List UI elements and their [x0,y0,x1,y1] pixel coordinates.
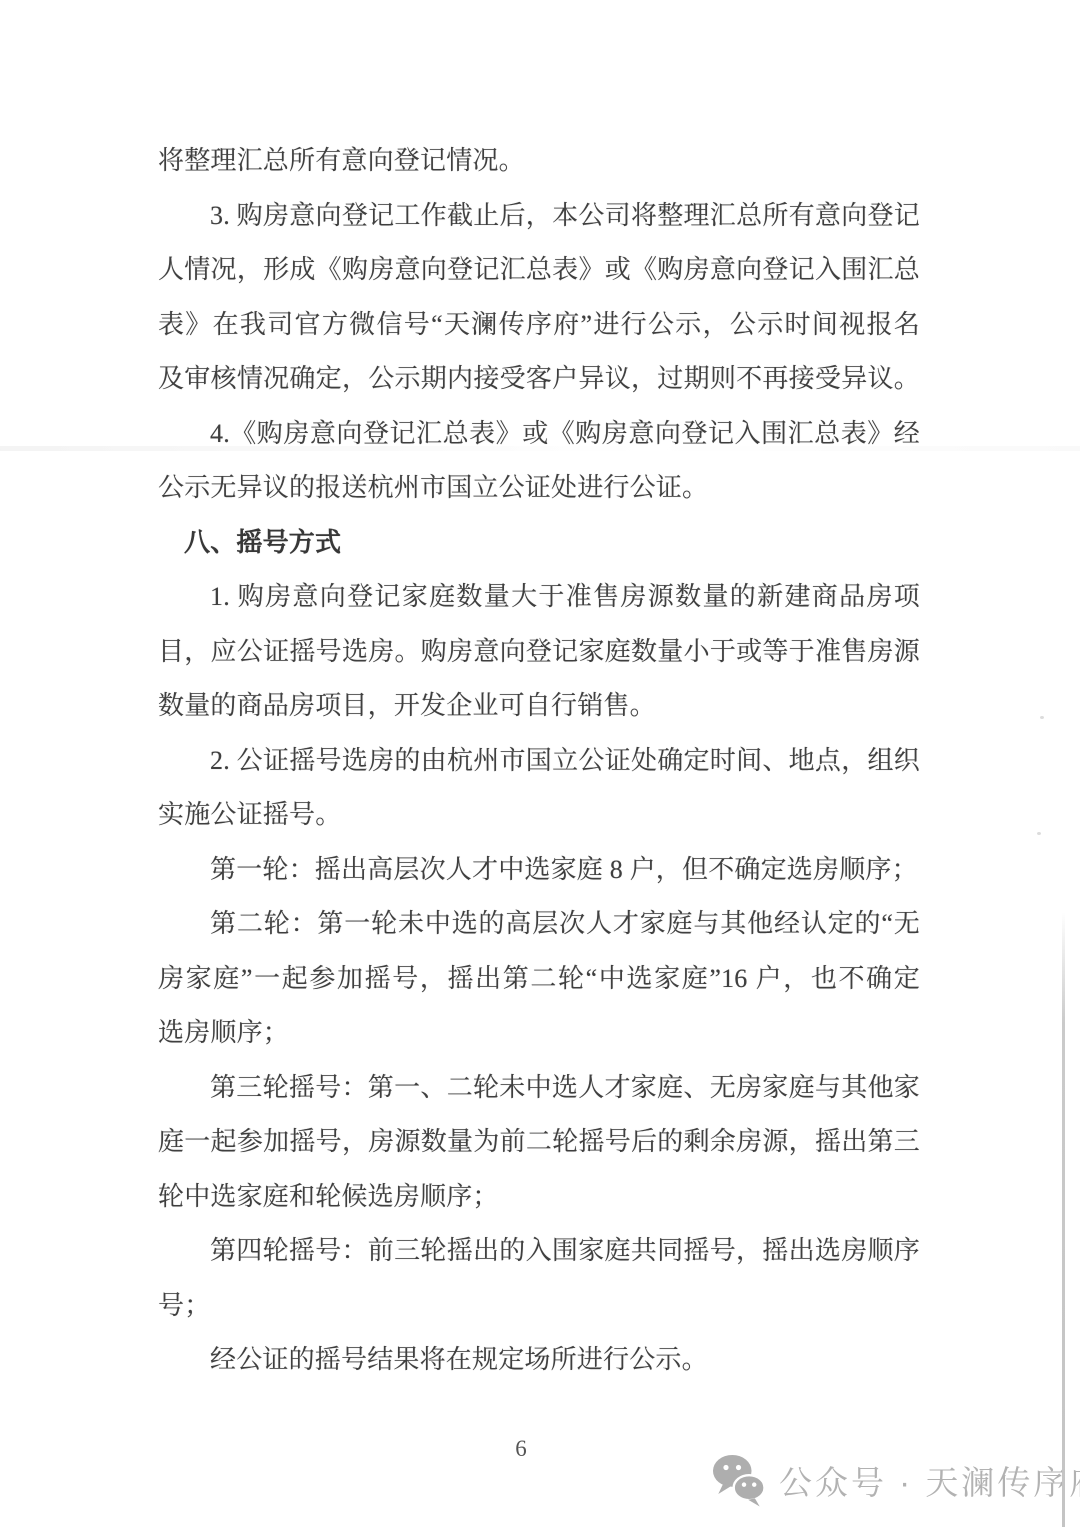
document-line: 表》在我司官方微信号“天澜传序府”进行公示，公示时间视报名 [158,298,920,353]
watermark: 公众号 · 天澜传序府 [712,1454,1080,1507]
scan-artifact-speck [1040,716,1044,719]
document-line: 将整理汇总所有意向登记情况。 [158,134,920,189]
watermark-label: 公众号 · 天澜传序府 [779,1457,1080,1504]
document-line: 经公证的摇号结果将在规定场所进行公示。 [158,1333,920,1388]
document-line: 公示无异议的报送杭州市国立公证处进行公证。 [158,461,920,516]
document-line: 选房顺序； [158,1006,920,1061]
scan-artifact-speck [1037,832,1041,835]
document-line: 数量的商品房项目，开发企业可自行销售。 [158,679,920,734]
document-line: 庭一起参加摇号，房源数量为前二轮摇号后的剩余房源，摇出第三 [158,1115,920,1170]
document-line: 房家庭”一起参加摇号，摇出第二轮“中选家庭”16 户，也不确定 [158,952,920,1007]
document-line: 人情况，形成《购房意向登记汇总表》或《购房意向登记入围汇总 [158,243,920,298]
document-line: 目，应公证摇号选房。购房意向登记家庭数量小于或等于准售房源 [158,625,920,680]
scan-artifact-line [1062,912,1065,1527]
document-line: 第三轮摇号：第一、二轮未中选人才家庭、无房家庭与其他家 [158,1061,920,1116]
document-line: 第四轮摇号：前三轮摇出的入围家庭共同摇号，摇出选房顺序 [158,1224,920,1279]
document-line: 3. 购房意向登记工作截止后，本公司将整理汇总所有意向登记 [158,189,920,244]
document-page: 将整理汇总所有意向登记情况。 3. 购房意向登记工作截止后，本公司将整理汇总所有… [0,0,1080,1527]
document-body: 将整理汇总所有意向登记情况。 3. 购房意向登记工作截止后，本公司将整理汇总所有… [158,134,920,1388]
document-line: 及审核情况确定，公示期内接受客户异议，过期则不再接受异议。 [158,352,920,407]
document-line: 第一轮：摇出高层次人才中选家庭 8 户，但不确定选房顺序； [158,843,920,898]
document-line: 4.《购房意向登记汇总表》或《购房意向登记入围汇总表》经 [158,407,920,462]
document-line: 实施公证摇号。 [158,788,920,843]
document-line: 轮中选家庭和轮候选房顺序； [158,1170,920,1225]
document-line: 第二轮：第一轮未中选的高层次人才家庭与其他经认定的“无 [158,897,920,952]
section-heading: 八、摇号方式 [158,516,920,571]
document-line: 号； [158,1279,920,1334]
wechat-icon [712,1454,766,1507]
document-line: 1. 购房意向登记家庭数量大于准售房源数量的新建商品房项 [158,570,920,625]
document-line: 2. 公证摇号选房的由杭州市国立公证处确定时间、地点，组织 [158,734,920,789]
